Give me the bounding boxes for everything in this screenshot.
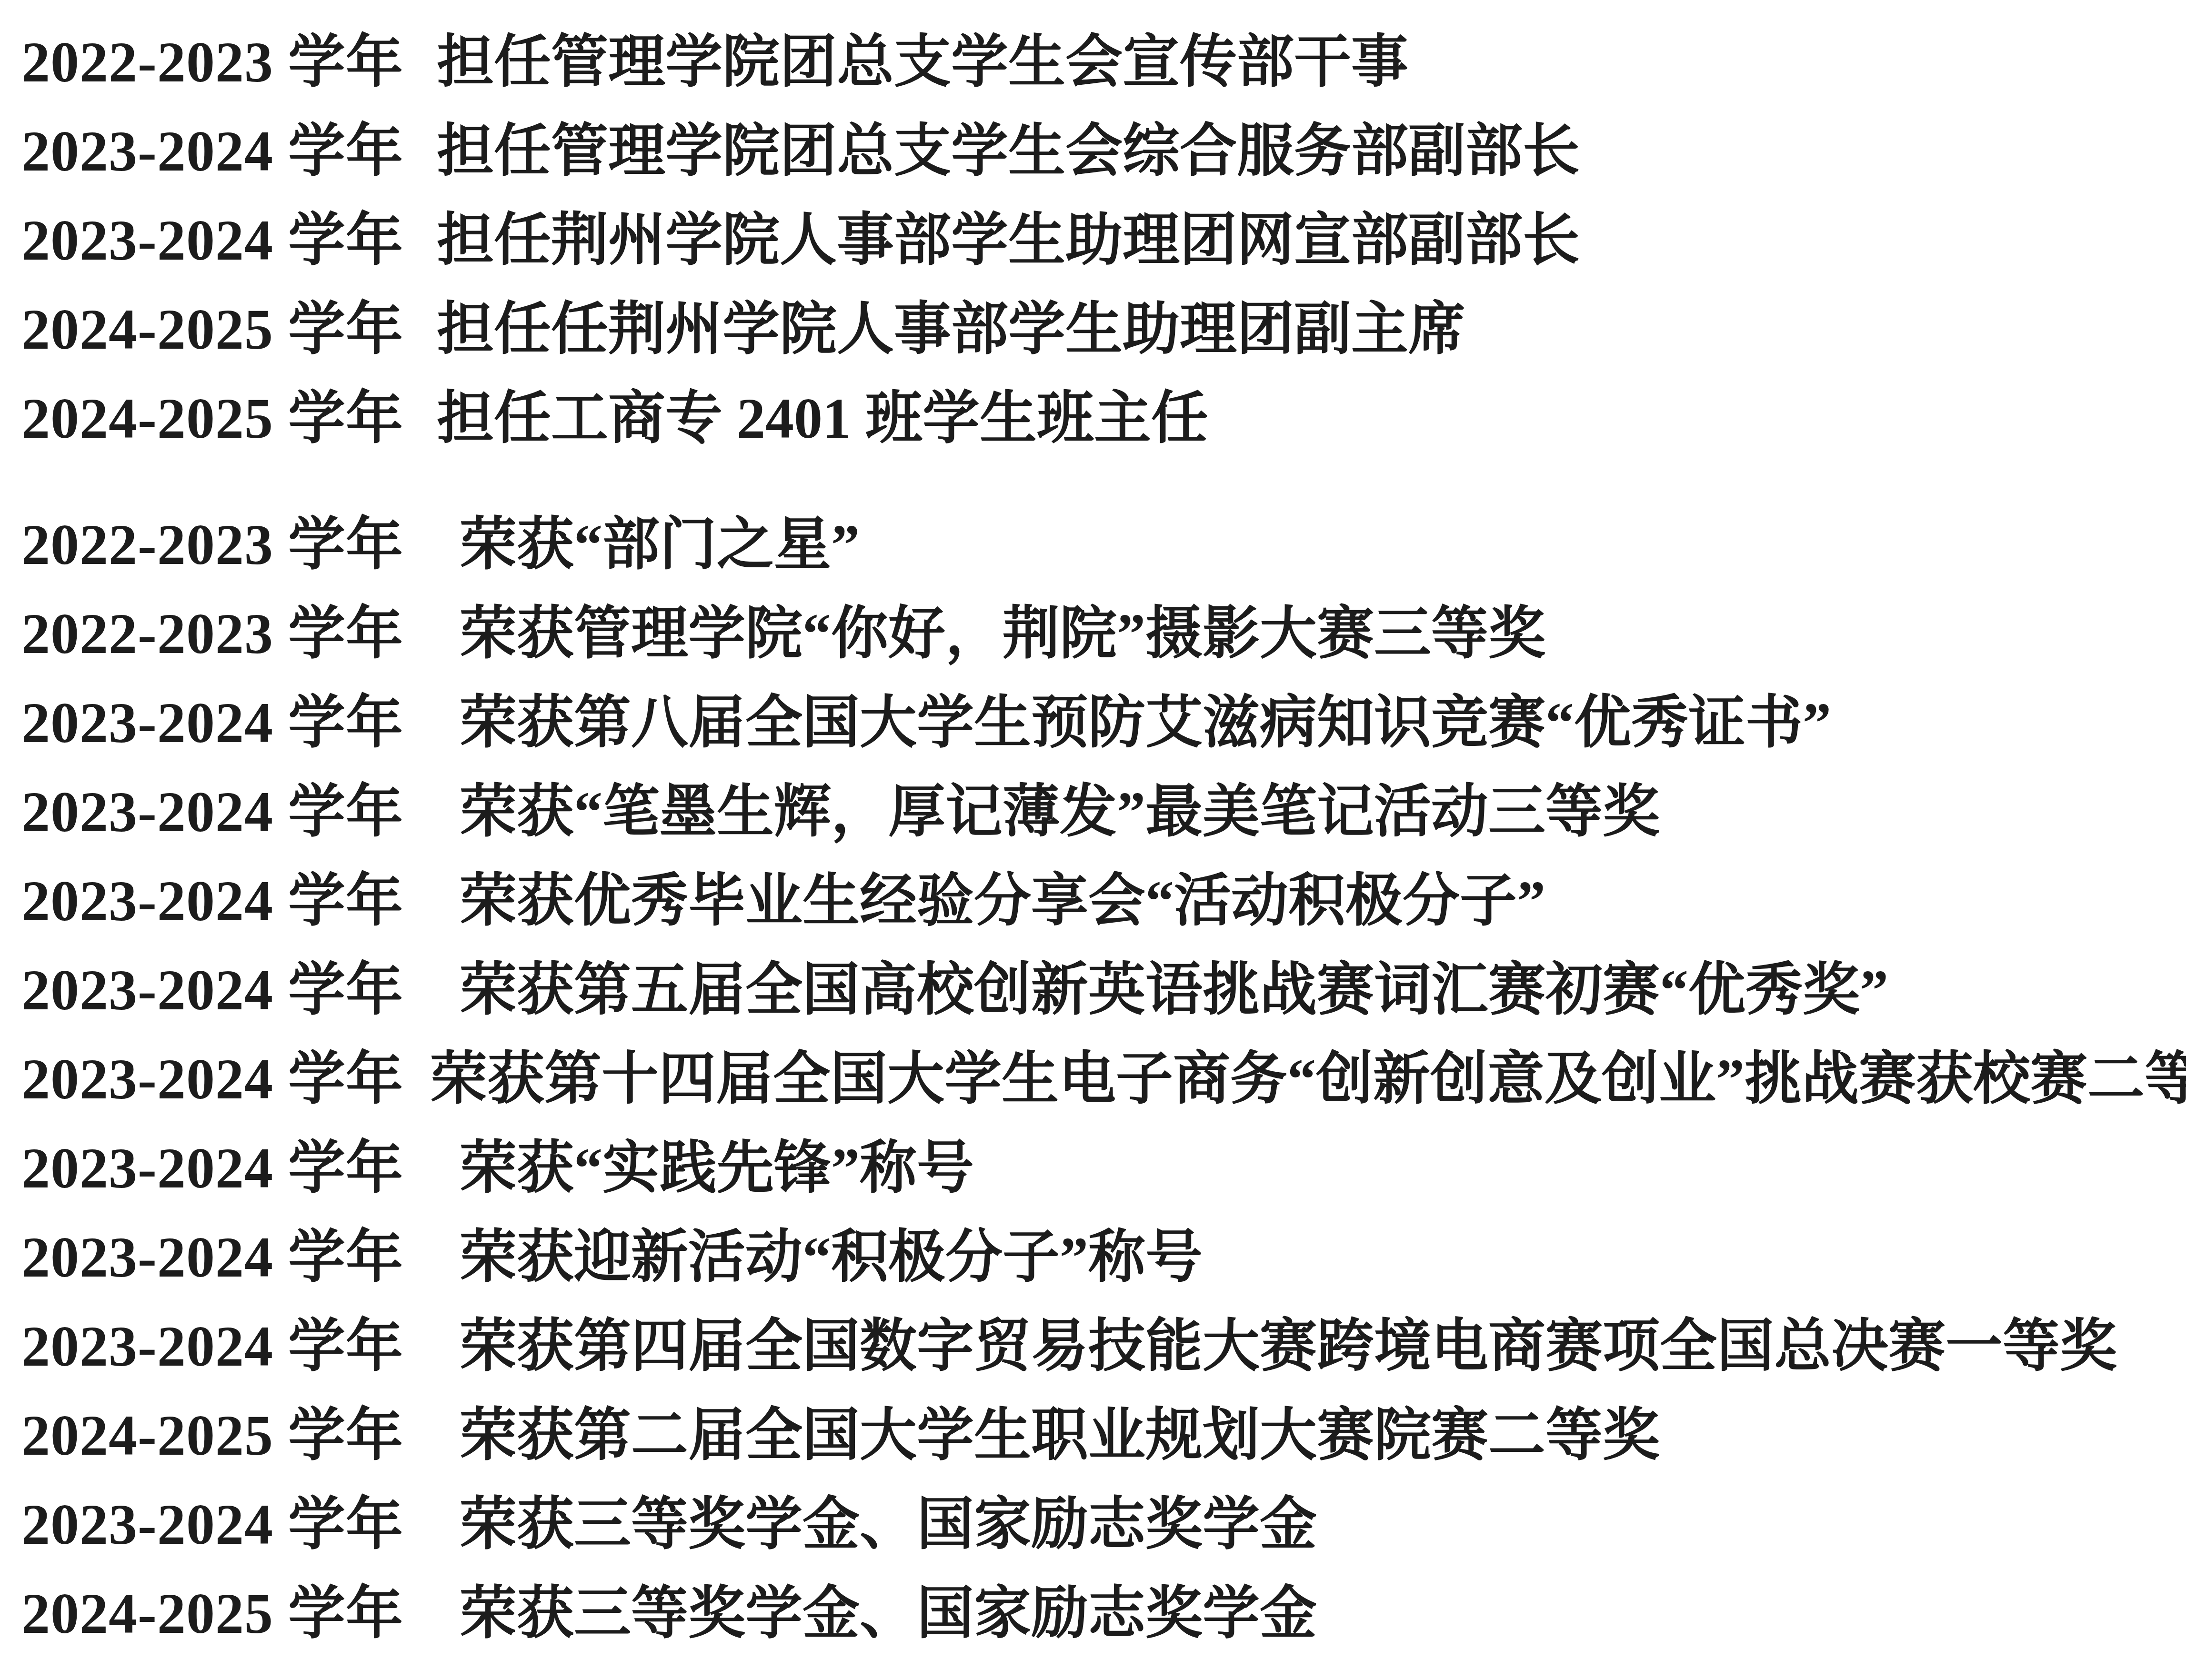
award-text: 荣获优秀毕业生经验分享会“活动积极分子” [460,855,1545,937]
academic-year: 2024-2025 学年 [21,283,403,365]
academic-year: 2023-2024 学年 [21,1033,374,1115]
awards-section: 2022-2023 学年 荣获“部门之星” 2022-2023 学年 荣获管理学… [21,495,2186,1653]
academic-year: 2023-2024 学年 [21,194,403,276]
award-row: 2022-2023 学年 荣获管理学院“你好，荆院”摄影大赛三等奖 [21,584,2186,673]
award-row: 2022-2023 学年 荣获“部门之星” [21,495,2186,584]
award-row: 2023-2024 学年 荣获优秀毕业生经验分享会“活动积极分子” [21,851,2186,940]
award-row: 2023-2024 学年 荣获第四届全国数字贸易技能大赛跨境电商赛项全国总决赛一… [21,1297,2186,1386]
award-row: 2024-2025 学年 荣获三等奖学金、国家励志奖学金 [21,1564,2186,1653]
academic-year: 2023-2024 学年 [21,1211,403,1293]
academic-year: 2022-2023 学年 [21,499,403,581]
position-row: 2024-2025 学年 担任工商专 2401 班学生班主任 [21,369,2186,458]
document-page: 2022-2023 学年 担任管理学院团总支学生会宣传部干事 2023-2024… [0,0,2186,1680]
academic-year: 2023-2024 学年 [21,1300,403,1382]
academic-year: 2023-2024 学年 [21,855,403,937]
award-row: 2023-2024 学年 荣获迎新活动“积极分子”称号 [21,1207,2186,1297]
position-text: 担任工商专 2401 班学生班主任 [437,372,1208,454]
position-row: 2022-2023 学年 担任管理学院团总支学生会宣传部干事 [21,12,2186,101]
academic-year: 2023-2024 学年 [21,105,403,187]
award-row: 2023-2024 学年 荣获第十四届全国大学生电子商务“创新创意及创业”挑战赛… [21,1029,2186,1118]
academic-year: 2023-2024 学年 [21,677,403,759]
academic-year: 2022-2023 学年 [21,588,403,670]
academic-year: 2024-2025 学年 [21,372,403,454]
positions-section: 2022-2023 学年 担任管理学院团总支学生会宣传部干事 2023-2024… [21,12,2186,458]
award-text: 荣获第四届全国数字贸易技能大赛跨境电商赛项全国总决赛一等奖 [460,1300,2117,1382]
award-text: 荣获迎新活动“积极分子”称号 [460,1211,1203,1293]
position-text: 担任管理学院团总支学生会综合服务部副部长 [437,105,1580,187]
award-text: 荣获第五届全国高校创新英语挑战赛词汇赛初赛“优秀奖” [460,944,1888,1026]
position-row: 2024-2025 学年 担任任荆州学院人事部学生助理团副主席 [21,280,2186,369]
position-text: 担任荆州学院人事部学生助理团网宣部副部长 [437,194,1580,276]
award-text: 荣获“笔墨生辉，厚记薄发”最美笔记活动三等奖 [460,766,1660,848]
academic-year: 2024-2025 学年 [21,1389,403,1471]
position-row: 2023-2024 学年 担任管理学院团总支学生会综合服务部副部长 [21,101,2186,191]
award-row: 2023-2024 学年 荣获“笔墨生辉，厚记薄发”最美笔记活动三等奖 [21,762,2186,851]
award-row: 2023-2024 学年 荣获第五届全国高校创新英语挑战赛词汇赛初赛“优秀奖” [21,940,2186,1029]
award-text: 荣获第八届全国大学生预防艾滋病知识竞赛“优秀证书” [460,677,1831,759]
academic-year: 2023-2024 学年 [21,1122,403,1204]
award-text: 荣获“部门之星” [460,499,860,581]
award-row: 2023-2024 学年 荣获“实践先锋”称号 [21,1118,2186,1207]
award-text: 荣获三等奖学金、国家励志奖学金 [460,1568,1317,1650]
academic-year: 2023-2024 学年 [21,944,403,1026]
position-text: 担任管理学院团总支学生会宣传部干事 [437,16,1408,98]
award-text: 荣获“实践先锋”称号 [460,1122,974,1204]
award-row: 2023-2024 学年 荣获三等奖学金、国家励志奖学金 [21,1475,2186,1564]
academic-year: 2024-2025 学年 [21,1568,403,1650]
award-text: 荣获三等奖学金、国家励志奖学金 [460,1479,1317,1560]
position-row: 2023-2024 学年 担任荆州学院人事部学生助理团网宣部副部长 [21,191,2186,280]
position-text: 担任任荆州学院人事部学生助理团副主席 [437,283,1465,365]
award-text: 荣获第二届全国大学生职业规划大赛院赛二等奖 [460,1389,1660,1471]
academic-year: 2023-2024 学年 [21,1479,403,1560]
award-row: 2024-2025 学年 荣获第二届全国大学生职业规划大赛院赛二等奖 [21,1386,2186,1475]
academic-year: 2022-2023 学年 [21,16,403,98]
academic-year: 2023-2024 学年 [21,766,403,848]
award-row: 2023-2024 学年 荣获第八届全国大学生预防艾滋病知识竞赛“优秀证书” [21,673,2186,762]
award-text: 荣获管理学院“你好，荆院”摄影大赛三等奖 [460,588,1545,670]
award-text: 荣获第十四届全国大学生电子商务“创新创意及创业”挑战赛获校赛二等奖 [430,1033,2186,1115]
